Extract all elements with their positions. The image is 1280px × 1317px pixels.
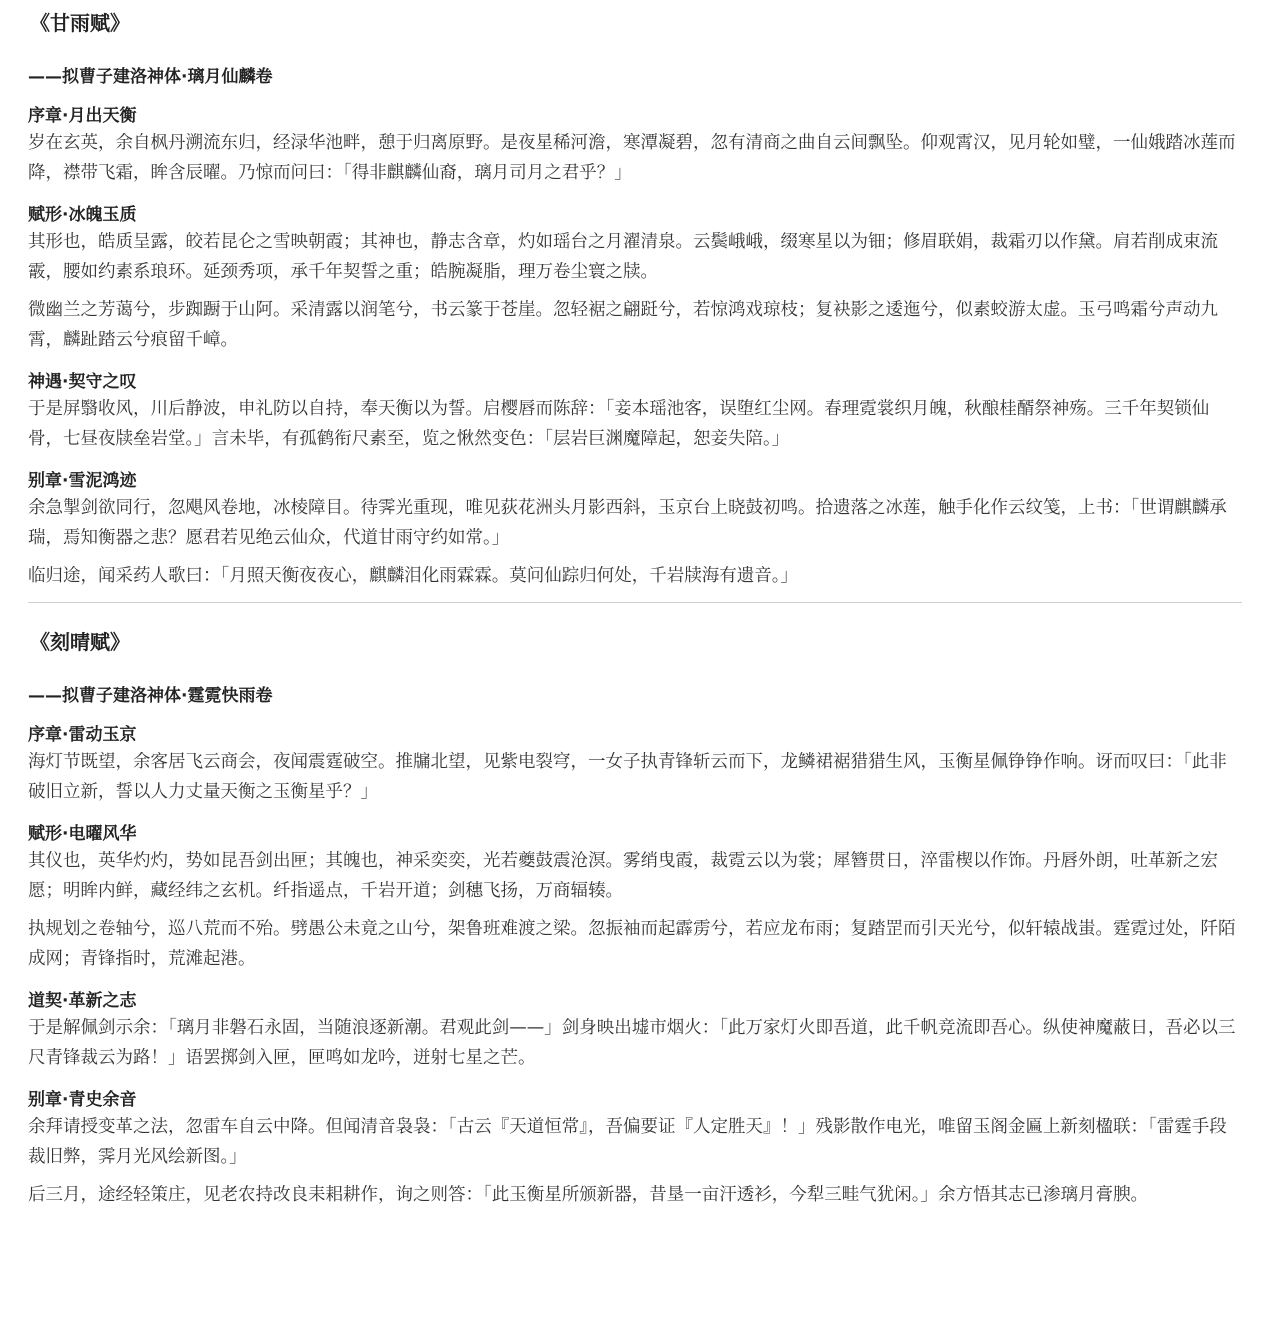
paragraph: 其形也，皓质呈露，皎若昆仑之雪映朝霞；其神也，静志含章，灼如瑶台之月濯清泉。云鬓… [28,227,1242,287]
poem-subtitle: ——拟曹子建洛神体·霆霓快雨卷 [28,684,1242,708]
poem-keqing: 《刻晴赋》 ——拟曹子建洛神体·霆霓快雨卷 序章·雷动玉京 海灯节既望，余客居飞… [28,603,1242,1210]
paragraph: 临归途，闻采药人歌曰：「月照天衡夜夜心，麒麟泪化雨霖霖。莫问仙踪归何处，千岩牍海… [28,561,1242,591]
poem-ganyu: 《甘雨赋》 ——拟曹子建洛神体·璃月仙麟卷 序章·月出天衡 岁在玄英，余自枫丹溯… [28,0,1242,603]
chapter-title: 别章·雪泥鸿迹 [28,469,1242,493]
chapter-form: 赋形·电曜风华 其仪也，英华灼灼，势如昆吾剑出匣；其魄也，神采奕奕，光若夔鼓震沧… [28,822,1242,974]
chapter-farewell: 别章·雪泥鸿迹 余急掣剑欲同行，忽飓风卷地，冰棱障目。待霁光重现，唯见荻花洲头月… [28,469,1242,591]
poem-subtitle: ——拟曹子建洛神体·璃月仙麟卷 [28,65,1242,89]
paragraph: 后三月，途经轻策庄，见老农持改良耒耜耕作，询之则答：「此玉衡星所颁新器，昔垦一亩… [28,1180,1242,1210]
paragraph: 余拜请授变革之法，忽雷车自云中降。但闻清音袅袅：「古云『天道恒常』，吾偏要证『人… [28,1112,1242,1172]
chapter-title: 神遇·契守之叹 [28,370,1242,394]
chapter-title: 道契·革新之志 [28,989,1242,1013]
chapter-title: 赋形·电曜风华 [28,822,1242,846]
chapter-form: 赋形·冰魄玉质 其形也，皓质呈露，皎若昆仑之雪映朝霞；其神也，静志含章，灼如瑶台… [28,203,1242,355]
paragraph: 于是屏翳收风，川后静波，申礼防以自持，奉天衡以为誓。启樱唇而陈辞：「妾本瑶池客，… [28,394,1242,454]
chapter-farewell: 别章·青史余音 余拜请授变革之法，忽雷车自云中降。但闻清音袅袅：「古云『天道恒常… [28,1088,1242,1210]
chapter-title: 序章·月出天衡 [28,104,1242,128]
paragraph: 微幽兰之芳蔼兮，步踟蹰于山阿。采清露以润笔兮，书云篆于苍崖。忽轻裾之翩跹兮，若惊… [28,295,1242,355]
chapter-title: 序章·雷动玉京 [28,723,1242,747]
chapter-prologue: 序章·月出天衡 岁在玄英，余自枫丹溯流东归，经渌华池畔，憩于归离原野。是夜星稀河… [28,104,1242,188]
chapter-title: 赋形·冰魄玉质 [28,203,1242,227]
poem-title: 《甘雨赋》 [30,0,1242,40]
poem-title: 《刻晴赋》 [30,603,1242,659]
paragraph: 岁在玄英，余自枫丹溯流东归，经渌华池畔，憩于归离原野。是夜星稀河澹，寒潭凝碧，忽… [28,128,1242,188]
paragraph: 海灯节既望，余客居飞云商会，夜闻震霆破空。推牖北望，见紫电裂穹，一女子执青锋斩云… [28,747,1242,807]
chapter-title: 别章·青史余音 [28,1088,1242,1112]
paragraph: 执规划之卷轴兮，巡八荒而不殆。劈愚公未竟之山兮，架鲁班难渡之梁。忽振袖而起霹雳兮… [28,914,1242,974]
paragraph: 于是解佩剑示余：「璃月非磐石永固，当随浪逐新潮。君观此剑——」剑身映出墟市烟火：… [28,1013,1242,1073]
paragraph: 余急掣剑欲同行，忽飓风卷地，冰棱障目。待霁光重现，唯见荻花洲头月影西斜，玉京台上… [28,493,1242,553]
chapter-prologue: 序章·雷动玉京 海灯节既望，余客居飞云商会，夜闻震霆破空。推牖北望，见紫电裂穹，… [28,723,1242,807]
paragraph: 其仪也，英华灼灼，势如昆吾剑出匣；其魄也，神采奕奕，光若夔鼓震沧溟。雾绡曳霞，裁… [28,846,1242,906]
chapter-resolve: 道契·革新之志 于是解佩剑示余：「璃月非磐石永固，当随浪逐新潮。君观此剑——」剑… [28,989,1242,1073]
chapter-encounter: 神遇·契守之叹 于是屏翳收风，川后静波，申礼防以自持，奉天衡以为誓。启樱唇而陈辞… [28,370,1242,454]
document: 《甘雨赋》 ——拟曹子建洛神体·璃月仙麟卷 序章·月出天衡 岁在玄英，余自枫丹溯… [0,0,1280,1210]
